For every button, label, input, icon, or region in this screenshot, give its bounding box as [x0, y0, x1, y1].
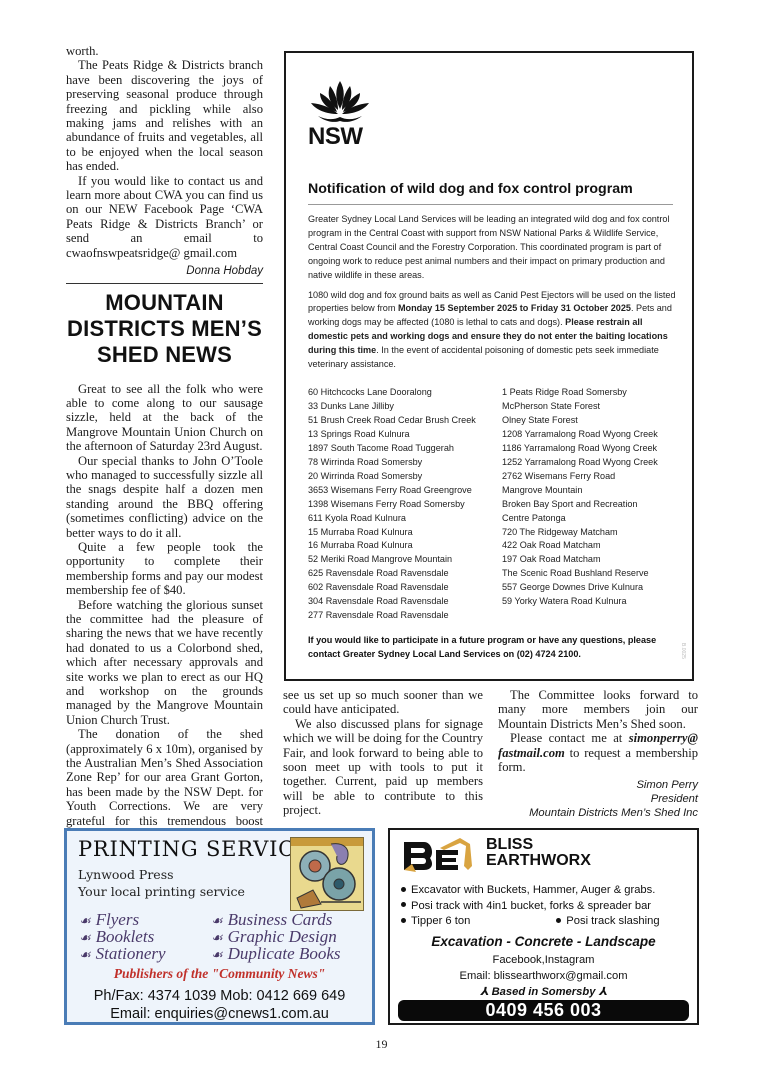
address-item: 557 George Downes Drive Kulnura — [502, 581, 682, 595]
address-item: 625 Ravensdale Road Ravensdale — [308, 567, 498, 581]
printing-services-ad: PRINTING SERVICES Lynwood Press Your loc… — [64, 828, 375, 1025]
nsw-notice: NSW Notification of wild dog and fox con… — [284, 51, 694, 681]
shed-paragraph: Great to see all the folk who were able … — [66, 382, 263, 454]
address-item: Centre Patonga — [502, 512, 682, 526]
email-line: Email: enquiries@cnews1.com.au — [67, 1006, 372, 1022]
service-duplicate-books: ☙Duplicate Books — [211, 945, 341, 963]
ad-company: Lynwood Press — [78, 867, 174, 882]
notice-title: Notification of wild dog and fox control… — [308, 181, 633, 197]
service-stationery: ☙Stationery — [79, 945, 166, 963]
cwa-author: Donna Hobday — [66, 264, 263, 278]
location-text: Based in Somersby — [492, 986, 596, 998]
floral-bullet-icon: ☙ — [211, 947, 223, 962]
address-item: 602 Ravensdale Road Ravensdale — [308, 581, 498, 595]
notice-baiting-paragraph: 1080 wild dog and fox ground baits as we… — [308, 289, 676, 372]
bliss-service-item: Posi track with 4in1 bucket, forks & spr… — [401, 899, 660, 915]
shed-paragraph: Before watching the glorious sunset the … — [66, 598, 263, 728]
bliss-earthworx-ad: BLISS EARTHWORX Excavator with Buckets, … — [388, 828, 699, 1025]
name-line: BLISS — [486, 837, 591, 853]
address-list-right: 1 Peats Ridge Road Somersby McPherson St… — [502, 386, 682, 609]
address-item: 1186 Yarramalong Road Wyong Creek — [502, 442, 682, 456]
excavator-arm-icon: ⅄ — [599, 986, 608, 998]
ad-tagline: Your local printing service — [78, 884, 245, 899]
address-item: 52 Meriki Road Mangrove Mountain — [308, 553, 498, 567]
address-item: 60 Hitchcocks Lane Dooralong — [308, 386, 498, 400]
bliss-company-name: BLISS EARTHWORX — [486, 837, 591, 869]
middle-column: see us set up so much sooner than we cou… — [283, 688, 483, 818]
floral-bullet-icon: ☙ — [211, 913, 223, 928]
divider — [308, 204, 673, 205]
shed-paragraph: The Committee looks forward to many more… — [498, 688, 698, 731]
signature-org: Mountain Districts Men’s Shed Inc — [498, 806, 698, 820]
bliss-location: ⅄ Based in Somersby ⅄ — [390, 985, 697, 998]
bliss-phone: 0409 456 003 — [398, 1000, 689, 1021]
floral-bullet-icon: ☙ — [79, 930, 91, 945]
service-label: Stationery — [96, 944, 166, 963]
address-item: Olney State Forest — [502, 414, 682, 428]
shed-paragraph: Our special thanks to John O’Toole who m… — [66, 454, 263, 540]
address-item: 20 Wirrinda Road Somersby — [308, 470, 498, 484]
signature-role: President — [498, 792, 698, 806]
bliss-logo-icon — [402, 836, 480, 874]
nsw-logo: NSW — [308, 79, 378, 151]
address-item: 197 Oak Road Matcham — [502, 553, 682, 567]
bullet-icon — [401, 902, 406, 907]
address-item: 3653 Wisemans Ferry Road Greengrove — [308, 484, 498, 498]
shed-contact-paragraph: Please contact me at simonperry@ fastmai… — [498, 731, 698, 774]
address-item: 277 Ravensdale Road Ravensdale — [308, 609, 498, 623]
address-item: 16 Murraba Road Kulnura — [308, 539, 498, 553]
floral-bullet-icon: ☙ — [79, 947, 91, 962]
address-item: 1897 South Tacome Road Tuggerah — [308, 442, 498, 456]
cwa-paragraph: The Peats Ridge & Districts branch have … — [66, 58, 263, 173]
address-item: 304 Ravensdale Road Ravensdale — [308, 595, 498, 609]
address-item: 1208 Yarramalong Road Wyong Creek — [502, 428, 682, 442]
service-label: Excavator with Buckets, Hammer, Auger & … — [411, 884, 655, 896]
address-item: 51 Brush Creek Road Cedar Brush Creek — [308, 414, 498, 428]
address-item: 1 Peats Ridge Road Somersby — [502, 386, 682, 400]
publisher-line: Publishers of the "Community News" — [67, 966, 372, 982]
address-item: Broken Bay Sport and Recreation — [502, 498, 682, 512]
address-item: 59 Yorky Watera Road Kulnura — [502, 595, 682, 609]
cwa-paragraph: worth. — [66, 44, 263, 58]
address-item: 1398 Wisemans Ferry Road Somersby — [308, 498, 498, 512]
signature-name: Simon Perry — [498, 778, 698, 792]
print-code: B.0025 — [680, 643, 686, 659]
shed-headline: MOUNTAIN DISTRICTS MEN’S SHED NEWS — [66, 290, 263, 368]
divider — [66, 283, 263, 284]
right-column: The Committee looks forward to many more… — [498, 688, 698, 820]
waratah-icon — [308, 79, 372, 125]
bliss-service-item: Excavator with Buckets, Hammer, Auger & … — [401, 883, 660, 899]
service-label: Duplicate Books — [228, 944, 341, 963]
service-label: Posi track slashing — [566, 915, 659, 927]
bliss-service-item-row: Tipper 6 tonPosi track slashing — [401, 914, 660, 930]
address-item: 611 Kyola Road Kulnura — [308, 512, 498, 526]
page-number: 19 — [0, 1037, 763, 1052]
address-item: 33 Dunks Lane Jilliby — [308, 400, 498, 414]
address-item: 13 Springs Road Kulnura — [308, 428, 498, 442]
shed-paragraph: The donation of the shed (approximately … — [66, 727, 263, 842]
bliss-email: Email: blissearthworx@gmail.com — [390, 970, 697, 982]
bullet-icon — [401, 887, 406, 892]
shed-paragraph: see us set up so much sooner than we cou… — [283, 688, 483, 717]
service-label: Posi track with 4in1 bucket, forks & spr… — [411, 900, 651, 912]
address-item: 78 Wirrinda Road Somersby — [308, 456, 498, 470]
phone-line: Ph/Fax: 4374 1039 Mob: 0412 669 649 — [67, 988, 372, 1004]
nsw-logo-text: NSW — [308, 123, 378, 151]
floral-bullet-icon: ☙ — [211, 930, 223, 945]
notice-contact: If you would like to participate in a fu… — [308, 633, 676, 661]
bliss-services: Excavator with Buckets, Hammer, Auger & … — [401, 883, 660, 930]
baiting-dates: Monday 15 September 2025 to Friday 31 Oc… — [398, 303, 631, 313]
floral-bullet-icon: ☙ — [79, 913, 91, 928]
address-item: 720 The Ridgeway Matcham — [502, 526, 682, 540]
shed-signature: Simon Perry President Mountain Districts… — [498, 778, 698, 820]
notice-intro: Greater Sydney Local Land Services will … — [308, 213, 676, 283]
address-item: McPherson State Forest — [502, 400, 682, 414]
address-list-left: 60 Hitchcocks Lane Dooralong 33 Dunks La… — [308, 386, 498, 623]
service-label: Tipper 6 ton — [411, 915, 470, 927]
printing-press-art-icon — [290, 837, 364, 911]
bullet-icon — [556, 918, 561, 923]
address-item: 422 Oak Road Matcham — [502, 539, 682, 553]
bullet-icon — [401, 918, 406, 923]
bliss-social: Facebook,Instagram — [390, 954, 697, 966]
excavator-arm-icon: ⅄ — [480, 986, 489, 998]
left-column: worth. The Peats Ridge & Districts branc… — [66, 44, 263, 843]
cwa-paragraph: If you would like to contact us and lear… — [66, 174, 263, 260]
shed-paragraph: We also discussed plans for signage whic… — [283, 717, 483, 818]
address-item: The Scenic Road Bushland Reserve — [502, 567, 682, 581]
address-item: 15 Murraba Road Kulnura — [308, 526, 498, 540]
text: Please contact me at — [510, 731, 629, 745]
address-item: 1252 Yarramalong Road Wyong Creek — [502, 456, 682, 470]
notice-body: Greater Sydney Local Land Services will … — [308, 213, 676, 378]
address-item: 2762 Wisemans Ferry Road — [502, 470, 682, 484]
address-item: Mangrove Mountain — [502, 484, 682, 498]
bliss-tagline: Excavation - Concrete - Landscape — [390, 934, 697, 949]
name-line: EARTHWORX — [486, 853, 591, 869]
shed-paragraph: Quite a few people took the opportunity … — [66, 540, 263, 598]
